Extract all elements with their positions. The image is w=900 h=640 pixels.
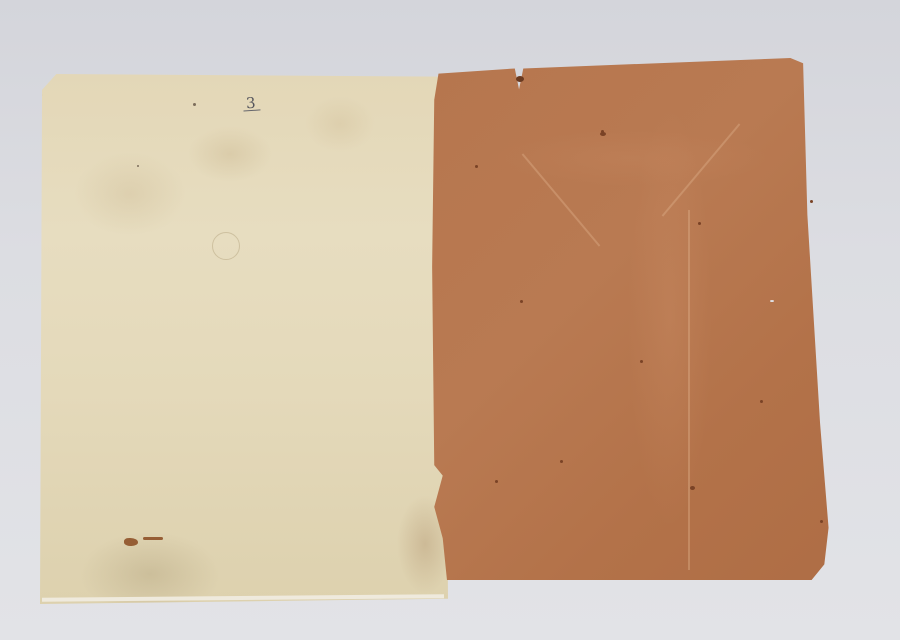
speck [770, 300, 774, 302]
photo-scene: 3 [0, 0, 900, 640]
cream-page [40, 74, 448, 604]
speck [137, 165, 139, 167]
ring-stain [212, 232, 240, 260]
rust-stain [143, 537, 163, 540]
crease-line [688, 210, 690, 570]
speck [560, 460, 563, 463]
speck [495, 480, 498, 483]
speck [760, 400, 763, 403]
speck [690, 486, 695, 490]
speck [820, 520, 823, 523]
brown-cover [430, 58, 854, 580]
handwritten-mark: 3 [242, 95, 260, 111]
speck [600, 132, 606, 136]
speck [193, 103, 196, 106]
speck [520, 300, 523, 303]
rust-stain [124, 538, 138, 546]
speck [475, 165, 478, 168]
speck [516, 76, 524, 82]
speck [810, 200, 813, 203]
speck [698, 222, 701, 225]
speck [640, 360, 643, 363]
